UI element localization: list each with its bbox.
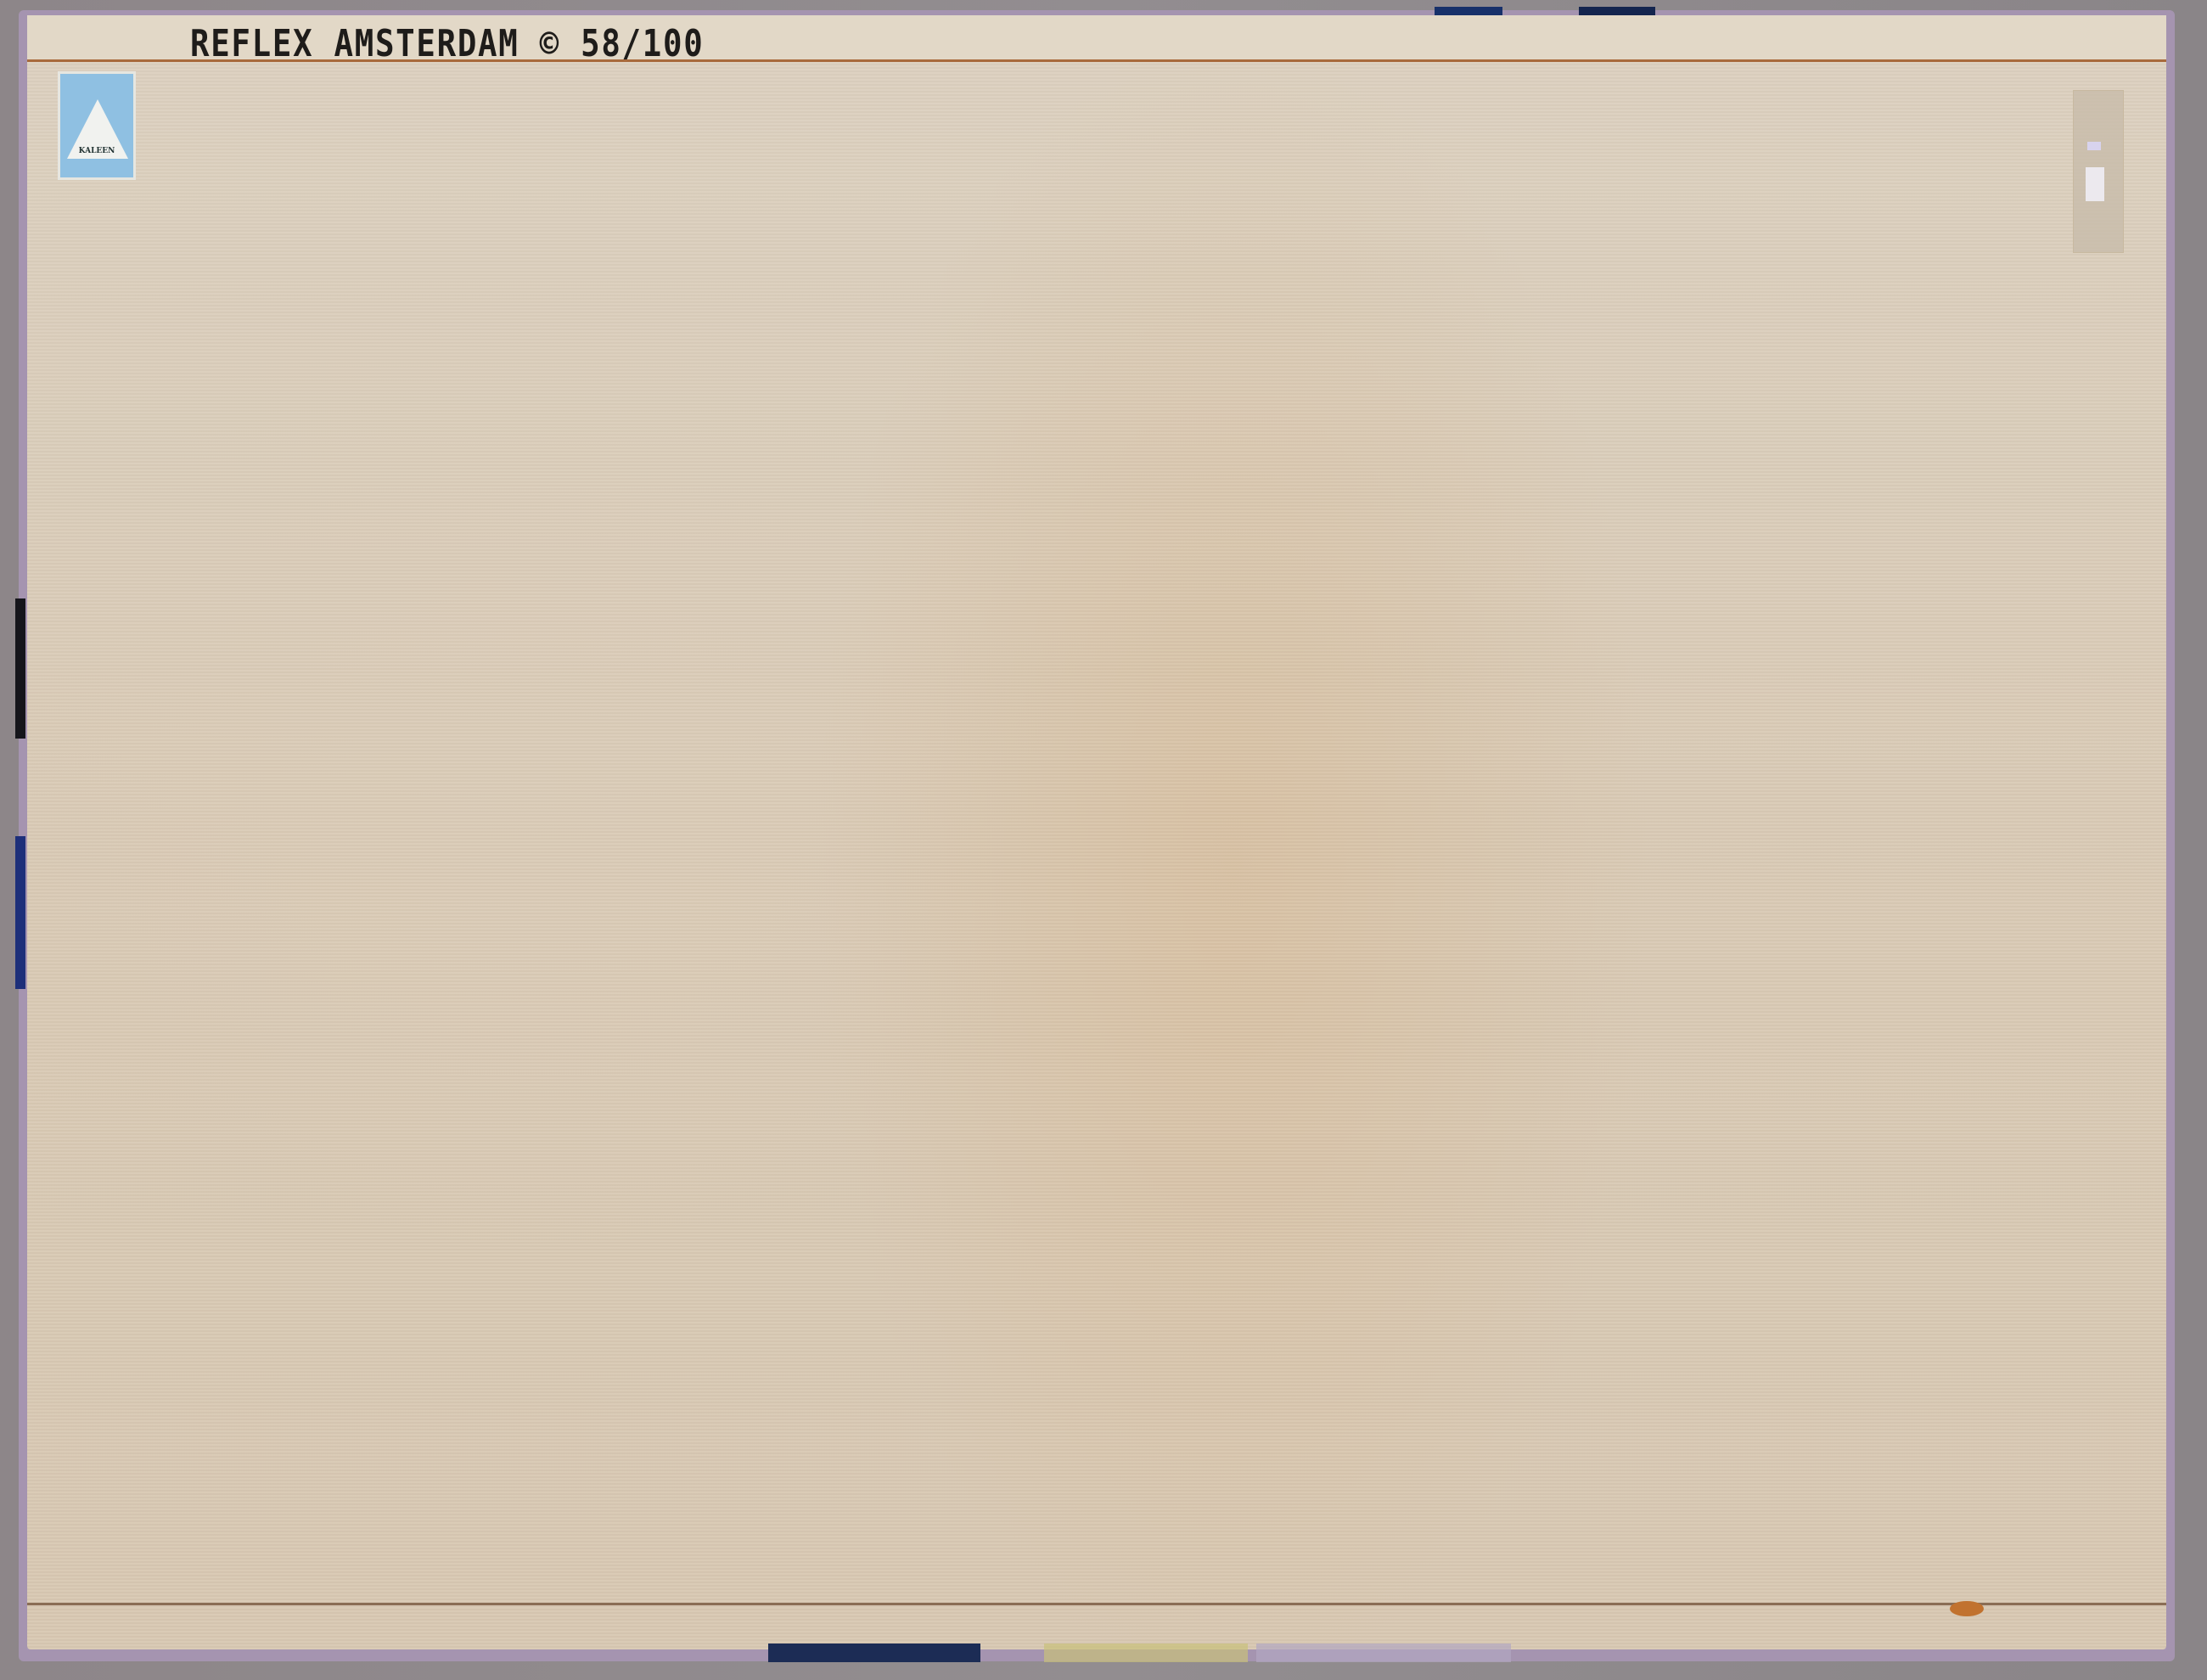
- kaleen-label: KALEEN: [58, 71, 136, 180]
- canvas-texture: [27, 15, 2166, 1649]
- fringe-lilac: [1256, 1643, 1511, 1662]
- rust-stain: [1950, 1601, 1984, 1616]
- rug-backing-canvas: REFLEX AMSTERDAM © 58/100 KALEEN: [27, 15, 2166, 1649]
- sleeve-tag: [2086, 167, 2104, 201]
- rug-edge-black-stripe: [15, 598, 25, 739]
- label-brand: KALEEN: [60, 147, 133, 155]
- plastic-sleeve-label: [2073, 90, 2124, 253]
- top-hem: REFLEX AMSTERDAM © 58/100: [27, 15, 2166, 62]
- bottom-hem-thread: [27, 1603, 2166, 1605]
- sleeve-tag-small: [2087, 142, 2101, 150]
- fringe-blue: [768, 1643, 980, 1662]
- fringe-yellow: [1044, 1643, 1248, 1662]
- rug-edge-blue-stripe: [15, 836, 25, 989]
- stencil-text: REFLEX AMSTERDAM © 58/100: [190, 22, 704, 65]
